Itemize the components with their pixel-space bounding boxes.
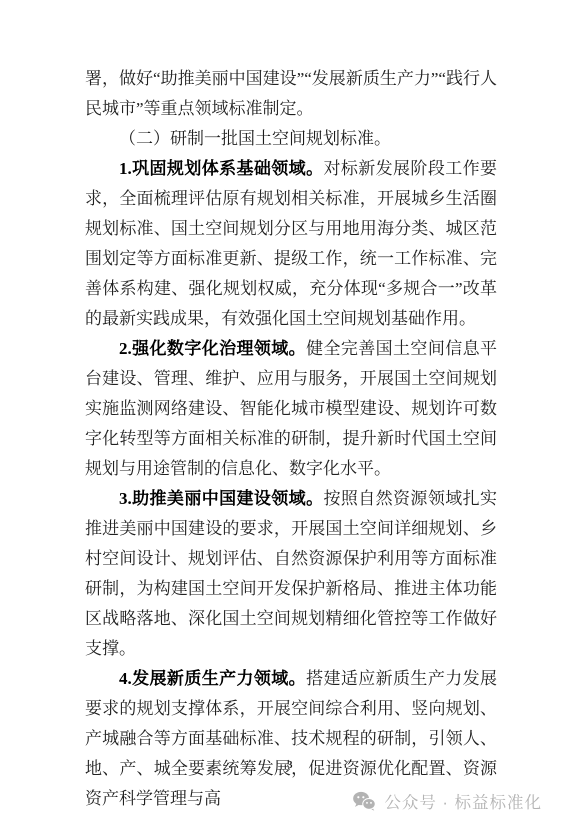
wechat-icon [352, 791, 376, 811]
paragraph-3-body: 按照自然资源领域扎实推进美丽中国建设的要求，开展国土空间详细规划、乡村空间设计、… [85, 489, 497, 658]
paragraph-1-body: 对标新发展阶段工作要求，全面梳理评估原有规划相关标准，开展城乡生活圈规划标准、国… [85, 159, 497, 328]
document-page: 署，做好“助推美丽中国建设”“发展新质生产力”“践行人民城市”等重点领域标准制定… [0, 0, 580, 823]
paragraph-3: 3.助推美丽中国建设领域。按照自然资源领域扎实推进美丽中国建设的要求，开展国土空… [85, 484, 497, 664]
paragraph-4-heading: 4.发展新质生产力领域。 [119, 669, 306, 688]
paragraph-continuation: 署，做好“助推美丽中国建设”“发展新质生产力”“践行人民城市”等重点领域标准制定… [85, 64, 497, 124]
paragraph-2-body: 健全完善国土空间信息平台建设、管理、维护、应用与服务，开展国土空间规划实施监测网… [85, 339, 497, 478]
paragraph-1-heading: 1.巩固规划体系基础领域。 [119, 159, 323, 178]
page-number: 3 [0, 760, 580, 771]
document-body: 署，做好“助推美丽中国建设”“发展新质生产力”“践行人民城市”等重点领域标准制定… [85, 64, 497, 814]
paragraph-2-heading: 2.强化数字化治理领域。 [119, 339, 306, 358]
paragraph-1: 1.巩固规划体系基础领域。对标新发展阶段工作要求，全面梳理评估原有规划相关标准，… [85, 154, 497, 334]
paragraph-4-body: 搭建适应新质生产力发展要求的规划支撑体系，开展空间综合利用、竖向规划、产城融合等… [85, 669, 497, 808]
paragraph-3-heading: 3.助推美丽中国建设领域。 [119, 489, 323, 508]
paragraph-2: 2.强化数字化治理领域。健全完善国土空间信息平台建设、管理、维护、应用与服务，开… [85, 334, 497, 484]
section-heading: （二）研制一批国土空间规划标准。 [85, 124, 497, 154]
watermark: 公众号 · 标益标准化 [352, 789, 542, 813]
watermark-text: 公众号 · 标益标准化 [384, 789, 542, 813]
